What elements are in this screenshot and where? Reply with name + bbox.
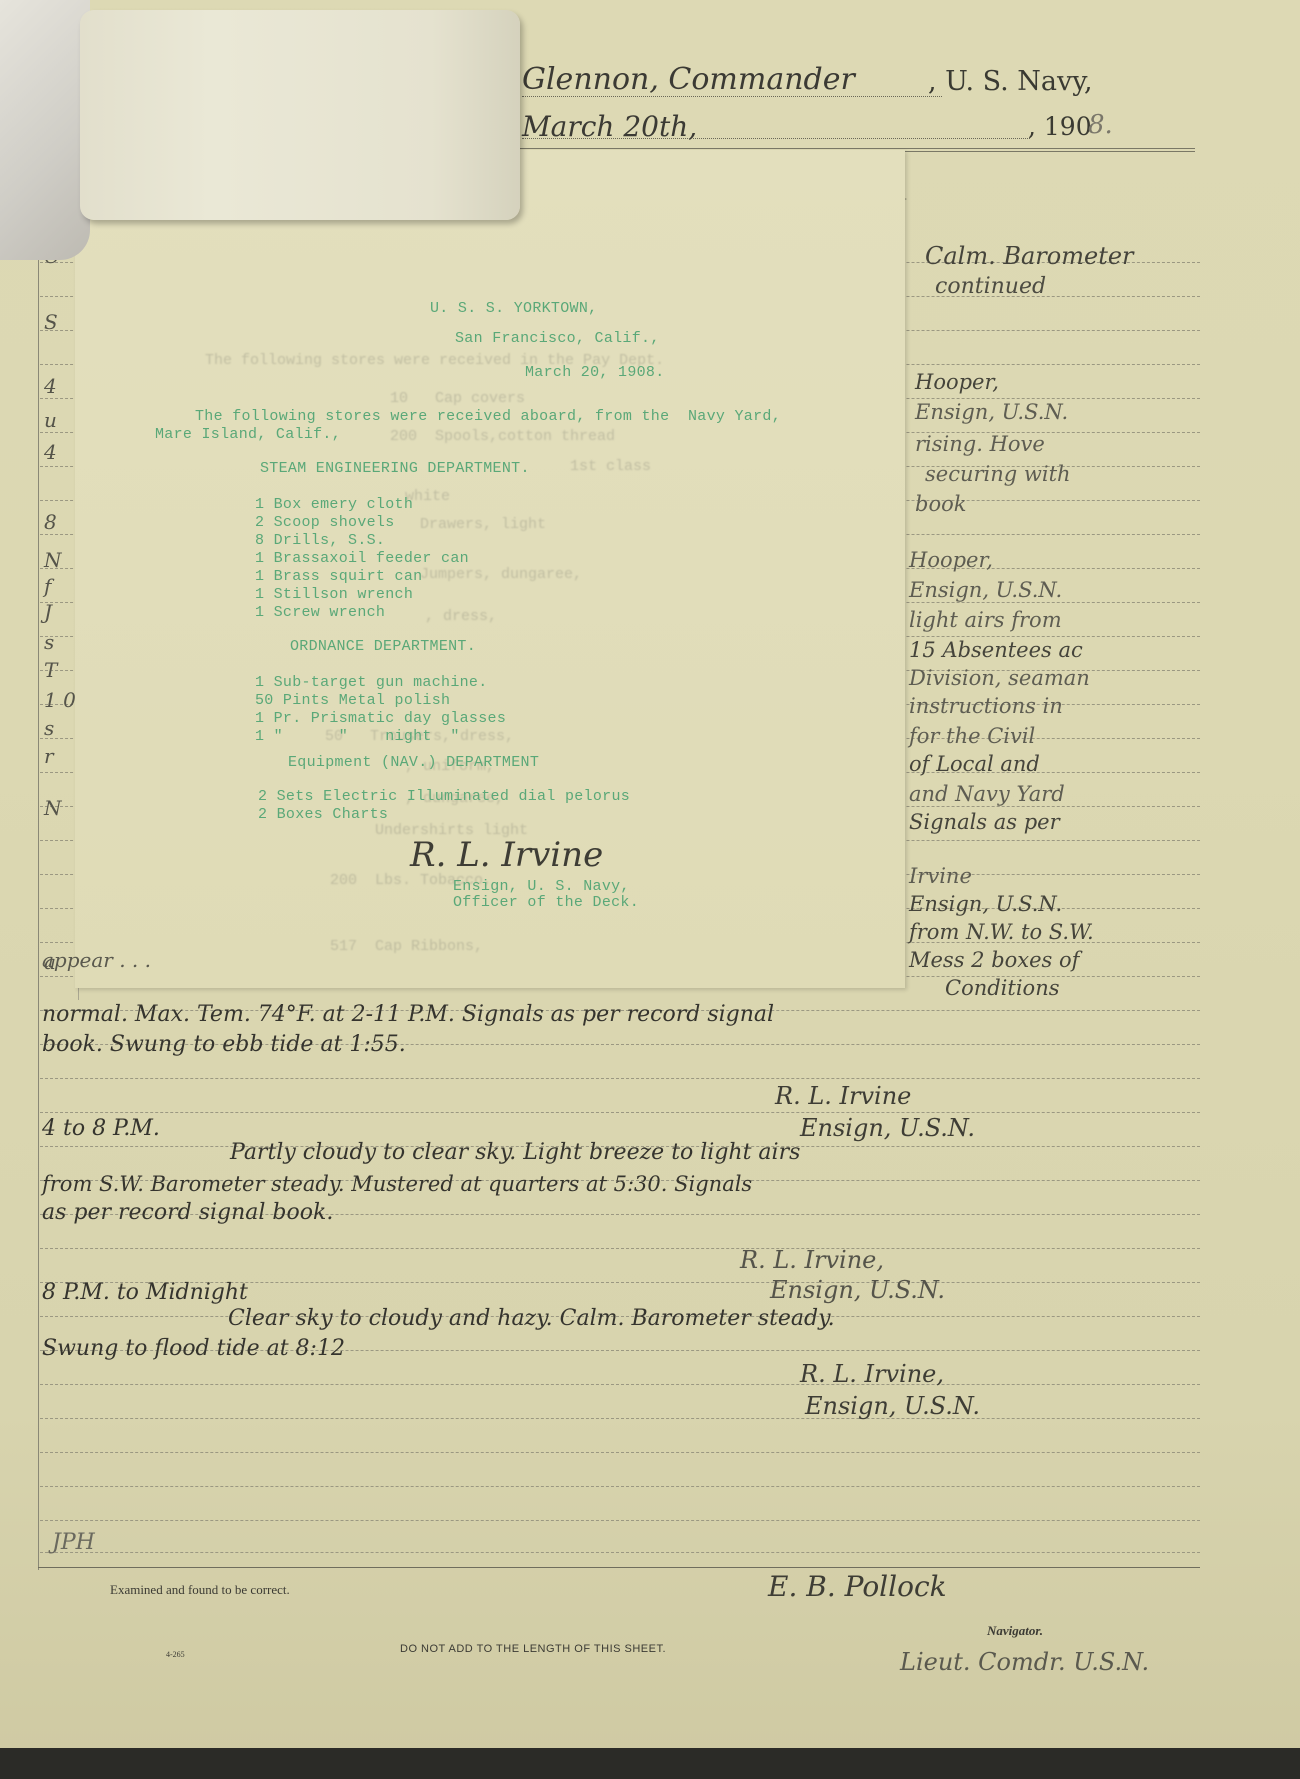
item: 1 Brass squirt can	[255, 568, 422, 585]
margin-mark: r	[44, 744, 54, 768]
item: 1 Sub-target gun machine.	[255, 674, 488, 691]
margin-mark: f	[44, 574, 51, 598]
margin-mark: N	[44, 548, 62, 572]
entry-line: from N.W. to S.W.	[909, 920, 1094, 944]
initials-mark: JPH	[52, 1530, 95, 1555]
form-number: 4-265	[166, 1650, 185, 1659]
margin-mark: u	[44, 408, 57, 432]
entry-line: 15 Absentees ac	[909, 638, 1083, 662]
entry-line: Ensign, U.S.N.	[915, 400, 1068, 424]
log-page: MISCELLANEOUS EVENTS OF THE DAY. Glennon…	[0, 0, 1300, 1755]
watch-label: 4 to 8 P.M.	[42, 1116, 160, 1141]
dept-title-steam: STEAM ENGINEERING DEPARTMENT.	[260, 460, 530, 477]
signer-rank: Ensign, U. S. Navy,	[453, 878, 630, 895]
right-column-entries: Calm. Barometer continued Hooper, Ensign…	[905, 240, 1200, 1000]
margin-mark: s	[44, 630, 54, 654]
entry-line: Irvine	[909, 864, 972, 888]
log-line: Partly cloudy to clear sky. Light breeze…	[230, 1140, 800, 1165]
log-line: Clear sky to cloudy and hazy. Calm. Baro…	[228, 1306, 835, 1331]
margin-mark: 4	[44, 440, 57, 464]
left-margin-rule	[38, 240, 39, 1570]
item: 1 Brassaxoil feeder can	[255, 550, 469, 567]
page-edge-shadow	[0, 1748, 1300, 1779]
item: 50 Pints Metal polish	[255, 692, 450, 709]
entry-line: book	[915, 492, 966, 516]
log-line: normal. Max. Tem. 74°F. at 2-11 P.M. Sig…	[42, 1002, 774, 1027]
ship-name: U. S. S. YORKTOWN,	[430, 300, 597, 317]
navigator-label: Navigator.	[987, 1623, 1043, 1639]
entry-line: light airs from	[909, 608, 1062, 632]
watch-officer-rank: Ensign, U.S.N.	[800, 1114, 975, 1142]
item: 2 Boxes Charts	[258, 806, 388, 823]
navy-suffix: , U. S. Navy,	[928, 66, 1093, 97]
watch-officer-signature: R. L. Irvine,	[740, 1246, 884, 1274]
item: 1 Stillson wrench	[255, 586, 413, 603]
place: San Francisco, Calif.,	[455, 330, 660, 347]
item: 1 Pr. Prismatic day glasses	[255, 710, 506, 727]
ghost-text: 200 Spools,cotton thread	[390, 428, 615, 445]
item: 2 Sets Electric Illuminated dial pelorus	[258, 788, 630, 805]
entry-line: Conditions	[945, 976, 1060, 1000]
cloth-covering	[0, 0, 90, 260]
entry-line: Hooper,	[909, 548, 993, 572]
entry-line: continued	[935, 274, 1046, 299]
body-bottom-rule	[38, 1567, 1200, 1568]
navigator-rank: Lieut. Comdr. U.S.N.	[900, 1648, 1149, 1676]
intro-line-2: Mare Island, Calif.,	[155, 426, 341, 443]
entry-line: Signals as per	[909, 810, 1060, 834]
item: 2 Scoop shovels	[255, 514, 395, 531]
ghost-text: Jumpers, dungaree,	[420, 566, 582, 583]
typed-stores-sheet: The following stores were received in th…	[75, 150, 905, 988]
year-printed: , 190	[1028, 112, 1092, 141]
ghost-text: 10 Cap covers	[390, 390, 525, 407]
entry-line: Ensign, U.S.N.	[909, 892, 1062, 916]
log-line: as per record signal book.	[42, 1200, 333, 1225]
paper-roll	[80, 10, 520, 220]
item: 1 " " night "	[255, 728, 460, 745]
margin-mark: S	[44, 310, 58, 334]
watch-officer-rank: Ensign, U.S.N.	[805, 1392, 980, 1420]
length-notice: DO NOT ADD TO THE LENGTH OF THIS SHEET.	[400, 1643, 666, 1655]
dept-title-ordnance: ORDNANCE DEPARTMENT.	[290, 638, 476, 655]
entry-line: instructions in	[909, 694, 1063, 718]
commander-name: Glennon, Commander	[522, 62, 855, 97]
entry-line: securing with	[925, 462, 1071, 486]
entry-line: Hooper,	[915, 370, 999, 394]
entry-line: Calm. Barometer	[925, 242, 1134, 270]
intro-line-1: The following stores were received aboar…	[195, 408, 781, 425]
log-line: Swung to flood tide at 8:12	[42, 1336, 345, 1361]
watch-label: 8 P.M. to Midnight	[42, 1280, 248, 1305]
margin-mark: T	[44, 658, 57, 682]
ghost-text: 1st class	[570, 458, 651, 475]
entry-line: and Navy Yard	[909, 782, 1065, 806]
item: 1 Box emery cloth	[255, 496, 413, 513]
item: 1 Screw wrench	[255, 604, 385, 621]
dept-title-equipment: Equipment (NAV.) DEPARTMENT	[288, 754, 539, 771]
year-handwritten: 8.	[1088, 110, 1113, 140]
signer-role: Officer of the Deck.	[453, 894, 639, 911]
log-line: book. Swung to ebb tide at 1:55.	[42, 1032, 406, 1057]
margin-mark: N	[44, 796, 62, 820]
entry-line: Division, seaman	[909, 666, 1090, 690]
margin-mark: s	[44, 716, 54, 740]
entry-line: Mess 2 boxes of	[909, 948, 1079, 972]
margin-mark: 1 0	[44, 688, 76, 712]
margin-mark: 4	[44, 374, 57, 398]
entry-line: Ensign, U.S.N.	[909, 578, 1062, 602]
watch-officer-signature: R. L. Irvine	[775, 1082, 911, 1110]
date-dotted-line	[522, 138, 1030, 139]
officer-signature: R. L. Irvine	[410, 835, 603, 875]
watch-officer-signature: R. L. Irvine,	[800, 1360, 944, 1388]
navigator-signature: E. B. Pollock	[768, 1570, 947, 1603]
ghost-text: Drawers, light	[420, 516, 546, 533]
item: 8 Drills, S.S.	[255, 532, 385, 549]
margin-mark: 8	[44, 510, 57, 534]
ghost-text: 517 Cap Ribbons,	[330, 938, 483, 955]
entry-line: of Local and	[909, 752, 1040, 776]
entry-line: for the Civil	[909, 724, 1035, 748]
examined-text: Examined and found to be correct.	[110, 1582, 290, 1598]
sheet-date: March 20, 1908.	[525, 364, 665, 381]
ghost-text: , dress,	[425, 608, 497, 625]
log-line: appear . . .	[42, 948, 151, 972]
entry-line: rising. Hove	[915, 432, 1045, 456]
commander-dotted-line	[522, 96, 942, 97]
margin-mark: J	[44, 600, 52, 624]
watch-officer-rank: Ensign, U.S.N.	[770, 1276, 945, 1304]
log-line: from S.W. Barometer steady. Mustered at …	[42, 1172, 752, 1196]
